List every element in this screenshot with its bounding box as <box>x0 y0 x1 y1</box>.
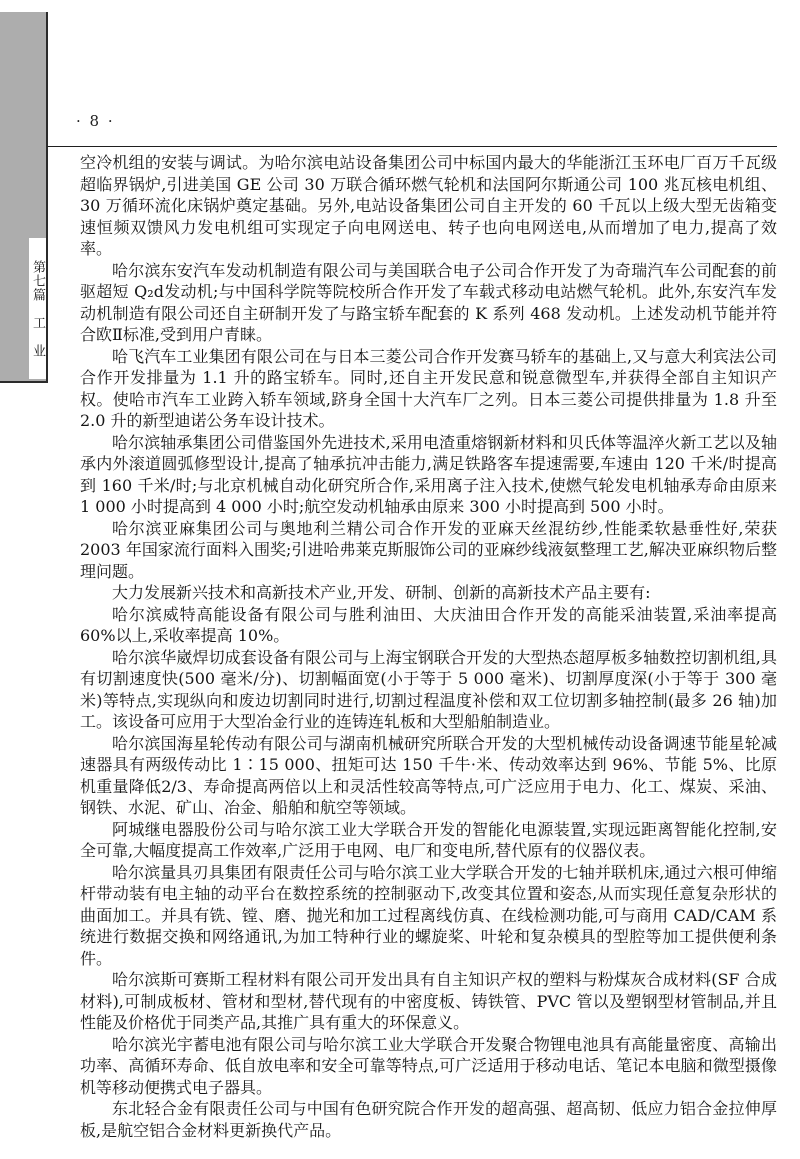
paragraph: 哈尔滨量具刃具集团有限责任公司与哈尔滨工业大学联合开发的七轴并联机床,通过六根可… <box>80 862 777 970</box>
book-page: 第七篇 工 业 · 8 · 空冷机组的安装与调试。为哈尔滨电站设备集团公司中标国… <box>0 0 800 1159</box>
chapter-part-label: 第七篇 <box>29 260 46 302</box>
paragraph: 哈尔滨光宇蓄电池有限公司与哈尔滨工业大学联合开发聚合物锂电池具有高能量密度、高输… <box>80 1034 777 1099</box>
paragraph: 哈尔滨斯可赛斯工程材料有限公司开发出具有自主知识产权的塑料与粉煤灰合成材料(SF… <box>80 969 777 1034</box>
header-rule <box>47 146 777 147</box>
chapter-subject-char-2: 业 <box>29 344 46 358</box>
paragraph: 空冷机组的安装与调试。为哈尔滨电站设备集团公司中标国内最大的华能浙江玉环电厂百万… <box>80 152 777 260</box>
paragraph: 哈尔滨国海星轮传动有限公司与湖南机械研究所联合开发的大型机械传动设备调速节能星轮… <box>80 733 777 819</box>
paragraph: 阿城继电器股份公司与哈尔滨工业大学联合开发的智能化电源装置,实现远距离智能化控制… <box>80 819 777 862</box>
chapter-tab-label-box: 第七篇 工 业 <box>29 238 46 379</box>
chapter-side-tab: 第七篇 工 业 <box>0 12 48 383</box>
paragraph: 哈飞汽车工业集团有限公司在与日本三菱公司合作开发赛马轿车的基础上,又与意大利宾法… <box>80 346 777 432</box>
paragraph: 哈尔滨威特高能设备有限公司与胜利油田、大庆油田合作开发的高能采油装置,采油率提高… <box>80 604 777 647</box>
paragraph: 大力发展新兴技术和高新技术产业,开发、研制、创新的高新技术产品主要有: <box>80 582 777 604</box>
paragraph: 哈尔滨轴承集团公司借鉴国外先进技术,采用电渣重熔钢新材料和贝氏体等温淬火新工艺以… <box>80 432 777 518</box>
paragraph: 哈尔滨东安汽车发动机制造有限公司与美国联合电子公司合作开发了为奇瑞汽车公司配套的… <box>80 260 777 346</box>
paragraph: 哈尔滨亚麻集团公司与奥地利兰精公司合作开发的亚麻天丝混纺纱,性能柔软悬垂性好,荣… <box>80 518 777 583</box>
body-text: 空冷机组的安装与调试。为哈尔滨电站设备集团公司中标国内最大的华能浙江玉环电厂百万… <box>80 152 777 1141</box>
chapter-tab-label: 第七篇 工 业 <box>29 260 46 358</box>
paragraph: 东北轻合金有限责任公司与中国有色研究院合作开发的超高强、超高韧、低应力铝合金拉伸… <box>80 1098 777 1141</box>
chapter-subject-char-1: 工 <box>29 316 46 330</box>
page-number: · 8 · <box>76 112 115 130</box>
paragraph: 哈尔滨华崴焊切成套设备有限公司与上海宝钢联合开发的大型热态超厚板多轴数控切割机组… <box>80 647 777 733</box>
